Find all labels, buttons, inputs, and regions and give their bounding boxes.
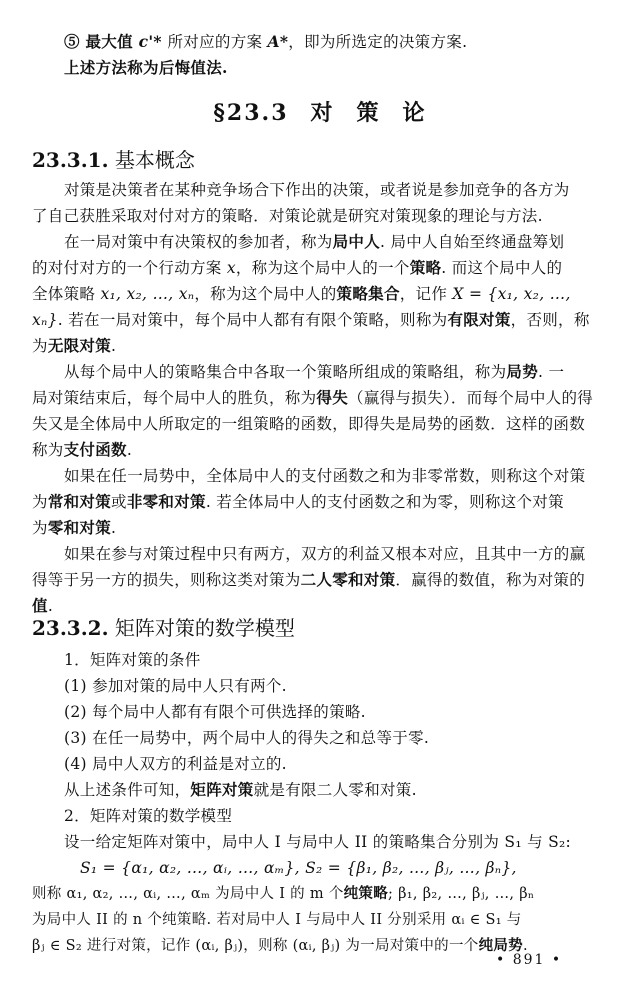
text: . <box>127 441 132 459</box>
bold-term: 后悔值法 <box>159 58 222 77</box>
list-item: (1) 参加对策的局中人只有两个. <box>64 676 287 696</box>
text: . 若在一局对策中，每个局中人都有有限个策略，则称为 <box>58 311 448 329</box>
text: 局对策结束后，每个局中人的胜负，称为 <box>32 389 316 407</box>
paragraph-line: 称为支付函数. <box>32 440 132 460</box>
paragraph-line: 为无限对策. <box>32 336 116 356</box>
text: （赢得与损失）．而每个局中人的得 <box>348 389 593 407</box>
bold-term: 非零和对策 <box>127 492 206 511</box>
text: ; β₁, β₂, …, βⱼ, …, βₙ <box>388 886 534 902</box>
text: . 若全体局中人的支付函数之和为零，则称这个对策 <box>206 493 564 511</box>
subsection-number: 23.3.2. <box>32 616 109 640</box>
bold-term: 二人零和对策 <box>301 570 396 589</box>
bold-term: 局中人 <box>333 232 380 251</box>
text: 称为 <box>32 441 64 459</box>
subsection-name: 矩阵对策的数学模型 <box>115 616 295 640</box>
list-item: (3) 在任一局势中，两个局中人的得失之和总等于零. <box>64 728 429 748</box>
text: 则称 α₁, α₂, …, αᵢ, …, αₘ 为局中人 I 的 m 个 <box>32 886 344 902</box>
bold-term: 策略集合 <box>337 284 400 303</box>
bold-term: 无限对策 <box>48 336 111 355</box>
paragraph-line: 如果在参与对策过程中只有两方，双方的利益又根本对应，且其中一方的赢 <box>64 544 585 564</box>
paragraph-line: 对策是决策者在某种竞争场合下作出的决策，或者说是参加竞争的各方为 <box>64 180 570 200</box>
section-title: §23.3对策论 <box>0 96 640 127</box>
math-expr: x <box>227 259 236 277</box>
method-line: 上述方法称为后悔值法. <box>64 58 228 78</box>
paragraph-line: 全体策略 x₁, x₂, …, xₙ，称为这个局中人的策略集合，记作 X = {… <box>32 284 571 304</box>
paragraph-line: βⱼ ∈ S₂ 进行对策，记作 (αᵢ, βⱼ)，则称 (αᵢ, βⱼ) 为一局… <box>32 936 528 956</box>
paragraph-line: 的对付对方的一个行动方案 x，称为这个局中人的一个策略. 而这个局中人的 <box>32 258 562 278</box>
paragraph-line: 为零和对策. <box>32 518 116 538</box>
paragraph-line: 失又是全体局中人所取定的一组策略的函数，即得失是局势的函数．这样的函数 <box>32 414 585 434</box>
paragraph-line: xₙ}. 若在一局对策中，每个局中人都有有限个策略，则称为有限对策，否则，称 <box>32 310 590 330</box>
paragraph-line: 为常和对策或非零和对策. 若全体局中人的支付函数之和为零，则称这个对策 <box>32 492 564 512</box>
paragraph-line: 从每个局中人的策略集合中各取一个策略所组成的策略组，称为局势. 一 <box>64 362 564 382</box>
paragraph-line: 则称 α₁, α₂, …, αᵢ, …, αₘ 为局中人 I 的 m 个纯策略;… <box>32 884 534 904</box>
text: ，记作 <box>400 285 453 303</box>
text: ，称为这个局中人的一个 <box>236 259 410 277</box>
math-expr: c'* <box>133 32 168 51</box>
math-expr: A* <box>268 32 289 51</box>
subsection-title: 23.3.2. 矩阵对策的数学模型 <box>32 612 295 641</box>
paragraph-line: 局对策结束后，每个局中人的胜负，称为得失（赢得与损失）．而每个局中人的得 <box>32 388 593 408</box>
text: 上述方法称为 <box>64 58 159 77</box>
document-page: ⑤ 最大值 c'* 所对应的方案 A*，即为所选定的决策方案. 上述方法称为后悔… <box>0 0 640 988</box>
paragraph-line: 设一给定矩阵对策中，局中人 I 与局中人 II 的策略集合分别为 S₁ 与 S₂… <box>64 832 571 852</box>
text: 为 <box>32 493 48 511</box>
bold-term: 常和对策 <box>48 492 111 511</box>
list-heading: 2．矩阵对策的数学模型 <box>64 806 232 826</box>
bold-term: 有限对策 <box>447 310 510 329</box>
section-title-char: 对 <box>311 100 335 126</box>
paragraph-line: 如果在任一局势中，全体局中人的支付函数之和为非零常数，则称这个对策 <box>64 466 585 486</box>
section-title-char: 论 <box>403 100 427 126</box>
text: 从上述条件可知， <box>64 781 190 799</box>
math-line: S₁ = {α₁, α₂, …, αᵢ, …, αₘ}, S₂ = {β₁, β… <box>80 858 517 878</box>
text: 就是有限二人零和对策. <box>254 781 417 799</box>
text: 从每个局中人的策略集合中各取一个策略所组成的策略组，称为 <box>64 363 506 381</box>
text: . 一 <box>538 363 564 381</box>
text: . 而这个局中人的 <box>441 259 562 277</box>
text: 得等于另一方的损失，则称这类对策为 <box>32 571 301 589</box>
subsection-name: 基本概念 <box>115 148 195 172</box>
text: 的对付对方的一个行动方案 <box>32 259 227 277</box>
section-title-char: 策 <box>357 100 381 126</box>
list-item: (4) 局中人双方的利益是对立的. <box>64 754 287 774</box>
text: 或 <box>111 493 127 511</box>
text: 全体策略 <box>32 285 100 303</box>
math-expr: X = {x₁, x₂, …, <box>452 285 570 303</box>
text: 所对应的方案 <box>168 33 268 51</box>
math-expr: x₁, x₂, …, xₙ <box>100 285 194 303</box>
text: ．赢得的数值，称为对策的 <box>395 571 585 589</box>
bold-term: 得失 <box>316 388 348 407</box>
text: . <box>111 519 116 537</box>
page-number: • 891 • <box>496 952 562 968</box>
list-heading: 1．矩阵对策的条件 <box>64 650 201 670</box>
bold-term: 局势 <box>506 362 538 381</box>
text: . 局中人自始至终通盘筹划 <box>380 233 564 251</box>
math-expr: xₙ} <box>32 311 58 329</box>
list-item: (2) 每个局中人都有有限个可供选择的策略. <box>64 702 366 722</box>
text: βⱼ ∈ S₂ 进行对策，记作 (αᵢ, βⱼ)，则称 (αᵢ, βⱼ) 为一局… <box>32 938 479 954</box>
text: 为 <box>32 337 48 355</box>
subsection-title: 23.3.1. 基本概念 <box>32 144 195 173</box>
paragraph-line: 为局中人 II 的 n 个纯策略. 若对局中人 I 与局中人 II 分别采用 α… <box>32 910 522 930</box>
text: . <box>222 58 228 77</box>
item-number: ⑤ <box>64 32 86 51</box>
subsection-number: 23.3.1. <box>32 148 109 172</box>
paragraph-line: 得等于另一方的损失，则称这类对策为二人零和对策．赢得的数值，称为对策的 <box>32 570 585 590</box>
text: 在一局对策中有决策权的参加者，称为 <box>64 233 333 251</box>
paragraph-line: 从上述条件可知，矩阵对策就是有限二人零和对策. <box>64 780 417 800</box>
bold-term: 零和对策 <box>48 518 111 537</box>
text: . <box>111 337 116 355</box>
text: ，称为这个局中人的 <box>194 285 336 303</box>
bold-term: 最大值 <box>86 32 133 51</box>
text: 为 <box>32 519 48 537</box>
paragraph-line: 了自己获胜采取对付对方的策略．对策论就是研究对策现象的理论与方法. <box>32 206 543 226</box>
item-5-line: ⑤ 最大值 c'* 所对应的方案 A*，即为所选定的决策方案. <box>64 32 467 52</box>
section-number: §23.3 <box>213 100 288 126</box>
bold-term: 策略 <box>410 258 442 277</box>
bold-term: 支付函数 <box>64 440 127 459</box>
text: ，否则，称 <box>511 311 590 329</box>
bold-term: 矩阵对策 <box>190 780 253 799</box>
bold-term: 纯策略 <box>344 885 388 902</box>
text: ，即为所选定的决策方案. <box>288 33 467 51</box>
paragraph-line: 在一局对策中有决策权的参加者，称为局中人. 局中人自始至终通盘筹划 <box>64 232 564 252</box>
